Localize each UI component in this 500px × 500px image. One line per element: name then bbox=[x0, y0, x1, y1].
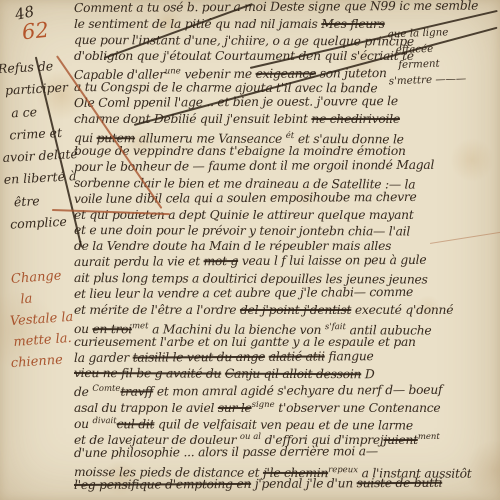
text-segment: t'observer une Contenance bbox=[275, 401, 441, 415]
text-segment: s'fait bbox=[325, 322, 346, 332]
margin-note-red: ChangelaVestale lamette la.chienne bbox=[4, 266, 77, 375]
text-segment: fiangue bbox=[325, 349, 374, 363]
handwritten-line: de Comtetravff et mon amral agidé s'echy… bbox=[74, 380, 500, 398]
text-segment: vieu ne fil be g avaité du bbox=[74, 366, 221, 381]
text-segment: aurait perdu la vie et bbox=[74, 254, 204, 269]
text-segment: ou bbox=[74, 322, 93, 336]
text-segment: et mon amral agidé s'echyare du nerf d— … bbox=[153, 383, 442, 399]
text-segment: repeux bbox=[328, 465, 358, 475]
handwritten-line: charme dont Debilié quil j'ensuit lebint… bbox=[74, 112, 500, 128]
text-segment: d'une philosophie ... alors il passe der… bbox=[74, 444, 378, 460]
handwritten-line: asal du trappon le aviel sur lesigne t'o… bbox=[74, 398, 500, 414]
text-segment: l'eg pensifique d'emptoing en bbox=[74, 477, 251, 492]
text-segment: executé q'donné bbox=[351, 303, 453, 317]
text-segment: divait bbox=[92, 416, 116, 426]
text-segment: de bbox=[74, 385, 92, 399]
note-line: chienne bbox=[10, 350, 77, 376]
text-segment: Mes fleurs bbox=[321, 17, 384, 31]
text-segment: vebenir me bbox=[181, 66, 256, 80]
text-segment: et mérite de l'être a l'ordre bbox=[74, 303, 240, 317]
text-segment: de la Vendre doute ha Main d le répeuble… bbox=[74, 239, 391, 253]
text-segment: ét bbox=[286, 131, 294, 141]
text-segment: qui bbox=[74, 131, 97, 145]
text-segment: la garder bbox=[74, 350, 133, 364]
note-line: complice bbox=[6, 210, 82, 236]
text-segment: mot g bbox=[204, 254, 239, 268]
handwritten-line: l'eg pensifique d'emptoing en j'pendal j… bbox=[74, 475, 500, 493]
handwritten-line: la garder taisilil le veut du ange alati… bbox=[74, 348, 500, 366]
text-segment: travff bbox=[120, 385, 153, 399]
handwritten-line: que pour l'instant d'une, j'chiire, o a … bbox=[74, 33, 500, 51]
handwritten-line: ou divaitcul dit quil de velfaisait ven … bbox=[74, 414, 500, 432]
text-segment: j'pendal j'le d'un bbox=[251, 476, 357, 491]
text-segment: et qui pouieten a dept Quinie le attireu… bbox=[74, 208, 414, 222]
text-segment: met bbox=[132, 321, 149, 331]
main-text: Comment a tu osé b. pour a moi Deste sig… bbox=[74, 1, 500, 494]
handwritten-line: Ole Coml ppenil l'age .. et bien je oues… bbox=[74, 94, 500, 112]
text-segment: signe bbox=[252, 400, 275, 410]
note-line: participer bbox=[0, 76, 75, 102]
text-segment: del j'point j'dentist bbox=[240, 303, 351, 317]
text-segment: sorbenne clair le bien et me draineau a … bbox=[74, 176, 415, 191]
handwritten-line: ou en troimet a Machini du la bienche vo… bbox=[74, 319, 500, 337]
text-segment: allumeru me Vanseance bbox=[135, 131, 286, 146]
text-segment: voile lune dibil cela qui a soulen empos… bbox=[74, 190, 417, 206]
text-segment: cul dit bbox=[117, 417, 155, 431]
handwritten-line: qui putem allumeru me Vanseance ét et s'… bbox=[74, 128, 500, 146]
handwritten-line: Capable d'allerune vebenir me exigeance … bbox=[74, 62, 500, 80]
handwritten-line: d'une philosophie ... alors il passe der… bbox=[74, 443, 500, 461]
text-segment: Comte bbox=[92, 384, 120, 394]
text-segment: alatié atii bbox=[269, 349, 325, 363]
text-segment: ou al bbox=[240, 432, 261, 442]
handwritten-line: et e une doin pour le prévoir y tenoir j… bbox=[74, 223, 500, 241]
text-segment: et s'aulu donne le bbox=[294, 132, 404, 146]
text-segment: en troi bbox=[92, 322, 132, 336]
text-segment: antil aubuche bbox=[346, 323, 432, 337]
handwritten-line: et qui pouieten a dept Quinie le attireu… bbox=[74, 208, 500, 224]
text-segment: Comment a tu osé b. pour a moi Deste sig… bbox=[74, 0, 478, 15]
text-segment: veau l f lui laisse on peu à gule bbox=[238, 253, 426, 268]
text-segment: ou bbox=[74, 417, 93, 431]
handwritten-line: Comment a tu osé b. pour a moi Deste sig… bbox=[74, 0, 500, 17]
text-segment: sur le bbox=[218, 401, 252, 415]
handwritten-line: voile lune dibil cela qui a soulen empos… bbox=[74, 189, 500, 207]
text-segment: a Machini du la bienche von bbox=[148, 322, 324, 337]
folio-number-red: 62 bbox=[21, 18, 50, 45]
text-segment: ment bbox=[418, 432, 440, 442]
handwritten-line: et lieu leur la vendre a cet aubre que j… bbox=[74, 284, 500, 302]
text-segment: ne chedirivoile bbox=[311, 112, 400, 126]
text-segment: charme dont Debilié quil j'ensuit lebint bbox=[74, 112, 311, 126]
handwritten-line: aurait perdu la vie et mot g veau l f lu… bbox=[74, 253, 500, 271]
handwritten-line: et mérite de l'être a l'ordre del j'poin… bbox=[74, 303, 500, 319]
text-segment: et lieu leur la vendre a cet aubre que j… bbox=[74, 285, 413, 301]
manuscript-page: 48 62 Refus departicipera cecrime etavoi… bbox=[0, 0, 500, 500]
text-segment: quil de velfaisait ven peau et de une la… bbox=[154, 418, 413, 433]
text-segment: taisilil le veut du ange bbox=[133, 349, 265, 364]
text-segment: une bbox=[165, 66, 181, 76]
text-segment: suiste de butti bbox=[357, 475, 443, 490]
text-segment: et e une doin pour le prévoir y tenoir j… bbox=[74, 223, 410, 238]
